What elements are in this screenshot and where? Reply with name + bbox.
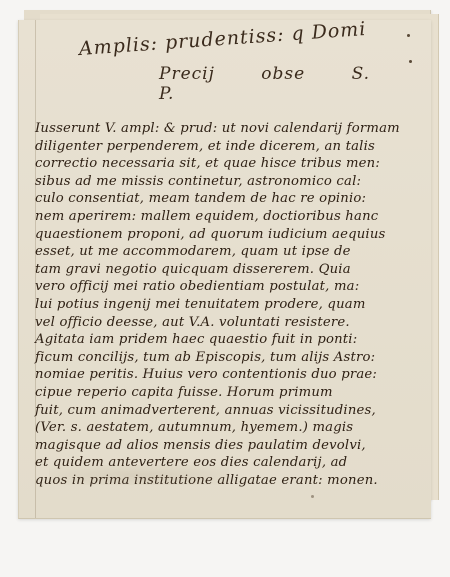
ink-speck xyxy=(407,34,410,37)
text-line: sibus ad me missis continetur, astronomi… xyxy=(35,173,405,191)
text-line: Iusserunt V. ampl: & prud: ut novi calen… xyxy=(35,120,405,138)
text-line: diligenter perpenderem, et inde dicerem,… xyxy=(35,138,405,156)
letter-body: Iusserunt V. ampl: & prud: ut novi calen… xyxy=(35,120,405,489)
letter-address: Amplis: prudentiss: q Domi Precij obse S… xyxy=(59,38,399,104)
text-line: vel officio deesse, aut V.A. voluntati r… xyxy=(35,314,405,332)
text-line: quaestionem proponi, ad quorum iudicium … xyxy=(35,226,405,244)
text-line: esset, ut me accommodarem, quam ut ipse … xyxy=(35,243,405,261)
text-line: correctio necessaria sit, et quae hisce … xyxy=(35,155,405,173)
manuscript-page: Amplis: prudentiss: q Domi Precij obse S… xyxy=(18,20,431,519)
text-line: lui potius ingenij mei tenuitatem proder… xyxy=(35,296,405,314)
text-line: (Ver. s. aestatem, autumnum, hyemem.) ma… xyxy=(35,419,405,437)
text-line: culo consentiat, meam tandem de hac re o… xyxy=(35,190,405,208)
ink-speck xyxy=(311,495,314,498)
text-line: vero officij mei ratio obedientiam postu… xyxy=(35,278,405,296)
address-line-2: Precij obse S. P. xyxy=(159,64,399,104)
ink-speck xyxy=(409,60,412,63)
text-line: Agitata iam pridem haec quaestio fuit in… xyxy=(35,331,405,349)
address-line-1: Amplis: prudentiss: q Domi xyxy=(78,16,399,60)
text-line: nomiae peritis. Huius vero contentionis … xyxy=(35,366,405,384)
text-line: fuit, cum animadverterent, annuas viciss… xyxy=(35,402,405,420)
text-line: nem aperirem: mallem equidem, doctioribu… xyxy=(35,208,405,226)
text-line: tam gravi negotio quicquam dissererem. Q… xyxy=(35,261,405,279)
text-line: cipue reperio capita fuisse. Horum primu… xyxy=(35,384,405,402)
text-line: magisque ad alios mensis dies paulatim d… xyxy=(35,437,405,455)
paper-smudge xyxy=(49,465,229,485)
text-line: ficum concilijs, tum ab Episcopis, tum a… xyxy=(35,349,405,367)
